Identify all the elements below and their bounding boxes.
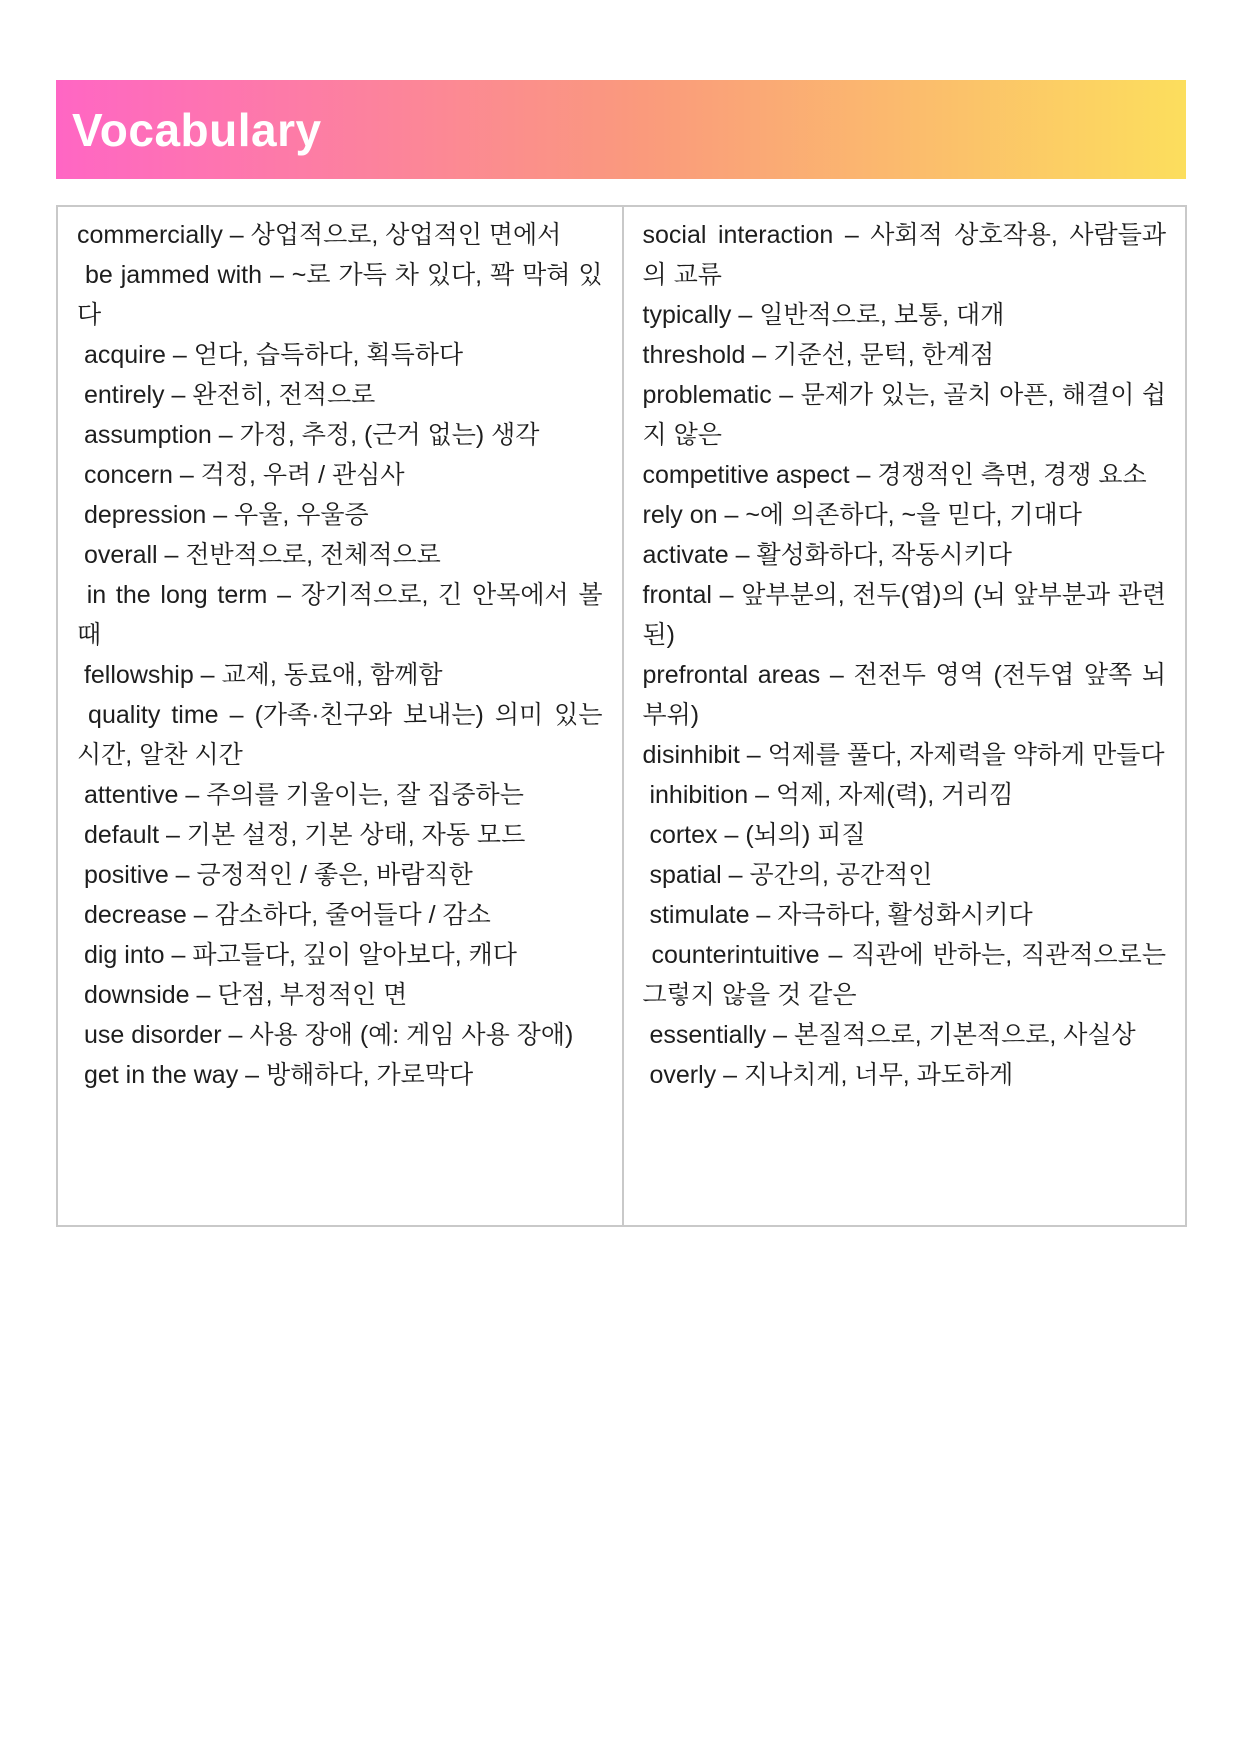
vocab-entry: downside – 단점, 부정적인 면	[77, 975, 603, 1015]
vocab-entry: acquire – 얻다, 습득하다, 획득하다	[77, 335, 603, 375]
vocab-entry: fellowship – 교제, 동료애, 함께함	[77, 655, 603, 695]
vocab-entry: overall – 전반적으로, 전체적으로	[77, 535, 603, 575]
vocab-entry: concern – 걱정, 우려 / 관심사	[77, 455, 603, 495]
vocabulary-worksheet-page: Vocabulary commercially – 상업적으로, 상업적인 면에…	[0, 0, 1241, 1754]
vocab-entry: essentially – 본질적으로, 기본적으로, 사실상	[643, 1015, 1167, 1055]
vocab-entry: prefrontal areas – 전전두 영역 (전두엽 앞쪽 뇌 부위)	[643, 655, 1167, 735]
vocab-entry: decrease – 감소하다, 줄어들다 / 감소	[77, 895, 603, 935]
vocab-entry: positive – 긍정적인 / 좋은, 바람직한	[77, 855, 603, 895]
vocab-entry: attentive – 주의를 기울이는, 잘 집중하는	[77, 775, 603, 815]
vocab-entry: frontal – 앞부분의, 전두(엽)의 (뇌 앞부분과 관련된)	[643, 575, 1167, 655]
vocab-entry: commercially – 상업적으로, 상업적인 면에서	[77, 215, 603, 255]
vocab-entry: activate – 활성화하다, 작동시키다	[643, 535, 1167, 575]
vocab-entry: overly – 지나치게, 너무, 과도하게	[643, 1055, 1167, 1095]
vocab-entry: competitive aspect – 경쟁적인 측면, 경쟁 요소	[643, 455, 1167, 495]
vocab-entry: spatial – 공간의, 공간적인	[643, 855, 1167, 895]
vocab-entry: problematic – 문제가 있는, 골치 아픈, 해결이 쉽지 않은	[643, 375, 1167, 455]
vocab-entry: in the long term – 장기적으로, 긴 안목에서 볼 때	[77, 575, 603, 655]
vocab-entry: depression – 우울, 우울증	[77, 495, 603, 535]
vocab-entry: quality time – (가족·친구와 보내는) 의미 있는 시간, 알찬…	[77, 695, 603, 775]
vocab-entry: dig into – 파고들다, 깊이 알아보다, 캐다	[77, 935, 603, 975]
vocab-entry: be jammed with – ~로 가득 차 있다, 꽉 막혀 있다	[77, 255, 603, 335]
vocab-entry: rely on – ~에 의존하다, ~을 믿다, 기대다	[643, 495, 1167, 535]
vocabulary-table: commercially – 상업적으로, 상업적인 면에서 be jammed…	[56, 205, 1187, 1227]
vocab-entry: cortex – (뇌의) 피질	[643, 815, 1167, 855]
vocab-entry: entirely – 완전히, 전적으로	[77, 375, 603, 415]
page-title: Vocabulary	[72, 103, 322, 157]
vocab-column-right: social interaction – 사회적 상호작용, 사람들과의 교류 …	[622, 207, 1186, 1225]
vocab-entry: counterintuitive – 직관에 반하는, 직관적으로는 그렇지 않…	[643, 935, 1167, 1015]
vocab-entry: get in the way – 방해하다, 가로막다	[77, 1055, 603, 1095]
vocab-entry: typically – 일반적으로, 보통, 대개	[643, 295, 1167, 335]
vocab-entry: inhibition – 억제, 자제(력), 거리낌	[643, 775, 1167, 815]
vocabulary-header-banner: Vocabulary	[56, 80, 1186, 179]
vocab-entry: use disorder – 사용 장애 (예: 게임 사용 장애)	[77, 1015, 603, 1055]
vocab-column-left: commercially – 상업적으로, 상업적인 면에서 be jammed…	[58, 207, 622, 1225]
vocab-entry: social interaction – 사회적 상호작용, 사람들과의 교류	[643, 215, 1167, 295]
vocab-entry: stimulate – 자극하다, 활성화시키다	[643, 895, 1167, 935]
vocab-entry: threshold – 기준선, 문턱, 한계점	[643, 335, 1167, 375]
vocab-entry: disinhibit – 억제를 풀다, 자제력을 약하게 만들다	[643, 735, 1167, 775]
vocab-entry: default – 기본 설정, 기본 상태, 자동 모드	[77, 815, 603, 855]
vocab-entry: assumption – 가정, 추정, (근거 없는) 생각	[77, 415, 603, 455]
